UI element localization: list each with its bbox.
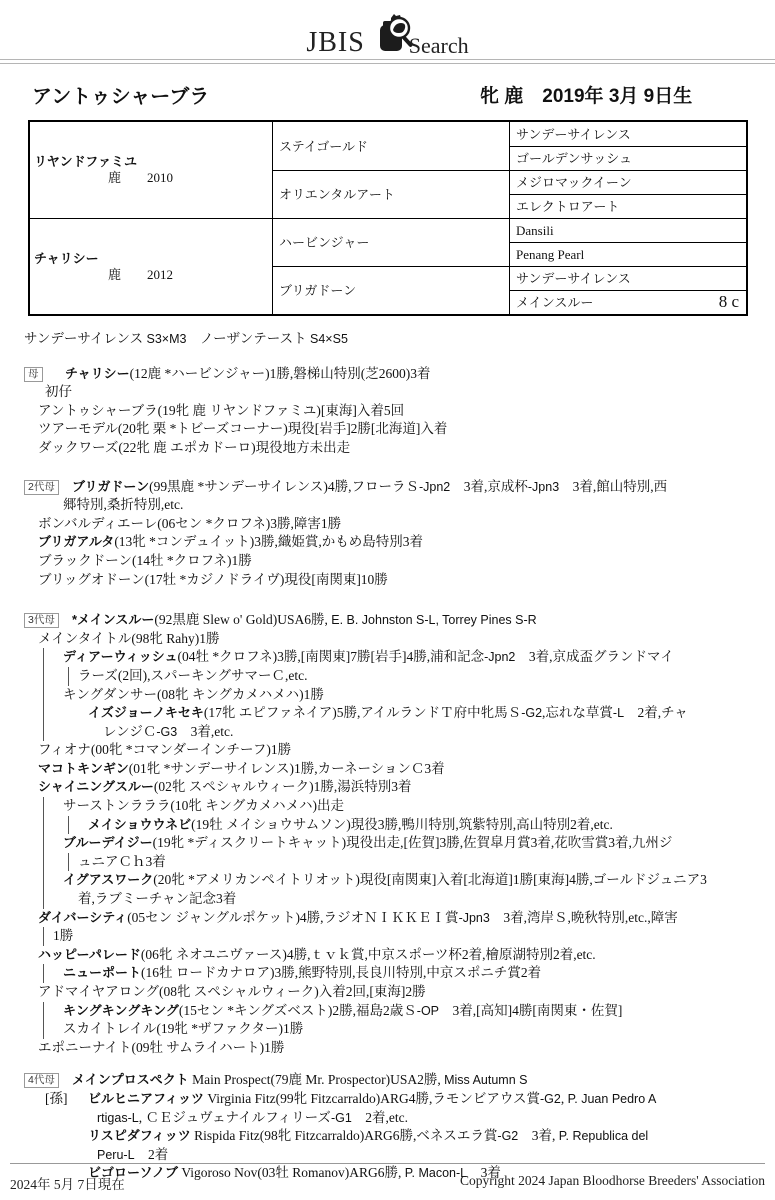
horse-name: ブリガアルタ: [38, 534, 114, 549]
record-text: Virginia Fitz(99牝 Fitzcarraldo)ARG4勝,ラモン…: [204, 1091, 540, 1106]
pedigree-cell-great-grandparent: ゴールデンサッシュ: [509, 146, 746, 170]
record-text: ツアーモデル(20牝 栗 *トビーズコーナー)現役[岩手]2勝[北海道]入着: [38, 421, 447, 436]
record-text: 3着,京成盃グランドマイ: [515, 649, 673, 664]
record-text: エポニーナイト(09牡 サムライハート)1勝: [38, 1040, 284, 1055]
record-text: アントゥシャーブラ(19牝 鹿 リヤンドファミユ)[東海]入着5回: [38, 403, 404, 418]
race-grade-text: -Jpn3: [528, 480, 559, 494]
horse-name: キングキングキング: [63, 1003, 179, 1018]
pedigree-line: ュニアＣｈ3着: [24, 853, 751, 872]
horse-name: ディアーウィッシュ: [63, 649, 178, 664]
horse-name: チャリシー: [65, 366, 130, 381]
tree-connector-line: [43, 667, 44, 686]
race-grade-text: Peru-L: [97, 1148, 135, 1162]
pedigree-line: ブリッグオドーン(17牡 *カジノドライヴ)現役[南関東]10勝: [24, 571, 751, 590]
pedigree-line: 初仔: [24, 383, 751, 402]
tree-connector-line: [43, 890, 44, 909]
record-text: 郷特別,桑折特別,etc.: [63, 497, 183, 512]
great-grandparent-name: Dansili: [510, 223, 746, 238]
grandchild-label: [孫]: [45, 1090, 68, 1109]
record-text: (19牡 メイショウサムソン)現役3勝,鴨川特別,筑紫特別,高山特別2着,etc…: [191, 817, 613, 832]
generation-badge: 母: [24, 367, 43, 382]
record-text: ラーズ(2回),スパーキングサマーＣ,etc.: [78, 668, 308, 683]
page-title-horse-name: アントゥシャーブラ: [32, 80, 209, 109]
sire-name: リヤンドファミユ: [30, 154, 272, 170]
pedigree-line: 3代母*メインスルー(92黒鹿 Slew o' Gold)USA6勝, E. B…: [24, 611, 751, 630]
record-text: (92黒鹿 Slew o' Gold)USA6勝,: [154, 612, 331, 627]
pedigree-section-0: 母チャリシー(12鹿 *ハービンジャー)1勝,磐梯山特別(芝2600)3着初仔ア…: [24, 365, 751, 458]
pedigree-cell-grandparent: ハービンジャー: [272, 218, 509, 266]
record-text: 3着,館山特別,西: [559, 479, 667, 494]
pedigree-cell-great-grandparent: エレクトロアート: [509, 194, 746, 218]
race-grade-text: -G2: [521, 706, 542, 720]
race-grade-text: S3×M3: [147, 332, 187, 346]
pedigree-line: スカイトレイル(19牝 *ザファクター)1勝: [24, 1020, 751, 1039]
pedigree-line: シャイニングスルー(02牝 スペシャルウィーク)1勝,湯浜特別3着: [24, 778, 751, 797]
pedigree-line: メイショウウネビ(19牡 メイショウサムソン)現役3勝,鴨川特別,筑紫特別,高山…: [24, 816, 751, 835]
pedigree-report-body: サンデーサイレンス S3×M3 ノーザンテースト S4×S5母チャリシー(12鹿…: [0, 330, 775, 1183]
record-text: (15セン *キングズベスト)2勝,福島2歳Ｓ: [179, 1003, 417, 1018]
record-text: 3着,京成杯: [450, 479, 528, 494]
record-text: (19牝 *ディスクリートキャット)現役出走,[佐賀]3勝,佐賀皐月賞3着,花吹…: [153, 835, 673, 850]
race-grade-text: S4×S5: [310, 332, 348, 346]
logo-text-search: Search: [409, 35, 469, 57]
record-text: ,: [561, 1091, 568, 1106]
horse-name: ビルヒニアフィッツ: [88, 1091, 204, 1106]
pedigree-line: ブリガアルタ(13牝 *コンデュイット)3勝,織姫賞,かもめ島特別3着: [24, 533, 751, 552]
record-text: , ＣＥジュヴェナイルフィリーズ: [139, 1110, 331, 1125]
record-text: 3着,: [518, 1128, 559, 1143]
pedigree-line: ラーズ(2回),スパーキングサマーＣ,etc.: [24, 667, 751, 686]
record-text: 1勝: [53, 928, 73, 943]
dam-name: チャリシー: [30, 251, 272, 267]
pedigree-line: ディアーウィッシュ(04牡 *クロフネ)3勝,[南関東]7勝[岩手]4勝,浦和記…: [24, 648, 751, 667]
race-grade-text: P. Juan Pedro A: [568, 1092, 657, 1106]
pedigree-line: イズジョーノキセキ(17牝 エピファネイア)5勝,アイルランドＴ府中牝馬Ｓ-G2…: [24, 704, 751, 723]
record-text: (01牝 *サンデーサイレンス)1勝,カーネーションＣ3着: [129, 761, 445, 776]
pedigree-line: 2代母ブリガドーン(99黒鹿 *サンデーサイレンス)4勝,フローラＳ-Jpn2 …: [24, 478, 751, 497]
great-grandparent-name: サンデーサイレンス: [510, 127, 746, 142]
horse-name: ニューポート: [63, 965, 141, 980]
pedigree-line: キングキングキング(15セン *キングズベスト)2勝,福島2歳Ｓ-OP 3着,[…: [24, 1002, 751, 1021]
grandparent-name: オリエンタルアート: [273, 187, 509, 202]
tree-connector-line: [68, 853, 69, 872]
record-text: 着,ラブミーチャン記念3着: [78, 891, 236, 906]
jbis-search-logo: JBIS Search: [0, 0, 775, 59]
dam-coat-year: 鹿 2012: [30, 267, 272, 283]
great-grandparent-name: エレクトロアート: [510, 199, 746, 214]
tree-connector-line: [43, 1020, 44, 1039]
family-number: 8 c: [719, 292, 739, 312]
race-grade-text: -Jpn2: [484, 650, 515, 664]
race-grade-text: E. B. Johnston S-L, Torrey Pines S-R: [331, 613, 536, 627]
sire-coat-year: 鹿 2010: [30, 170, 272, 186]
race-grade-text: -OP: [417, 1004, 439, 1018]
race-grade-text: rtigas-L: [97, 1111, 139, 1125]
tree-connector-line: [43, 686, 44, 705]
pedigree-line: Peru-L 2着: [24, 1146, 751, 1165]
grandparent-name: ブリガドーン: [273, 283, 509, 298]
record-text: 2着,チャ: [624, 705, 688, 720]
pedigree-line: メインタイトル(98牝 Rahy)1勝: [24, 630, 751, 649]
race-grade-text: -Jpn3: [459, 911, 490, 925]
record-text: (06牝 ネオユニヴァース)4勝,ｔｖｋ賞,中京スポーツ杯2着,檜原湖特別2着,…: [141, 947, 596, 962]
record-text: Rispida Fitz(98牝 Fitzcarraldo)ARG6勝,ベネスエ…: [191, 1128, 498, 1143]
record-text: 3着,[高知]4勝[南関東・佐賀]: [439, 1003, 622, 1018]
pedigree-cell-great-grandparent: サンデーサイレンス: [509, 122, 746, 146]
tree-connector-line: [43, 834, 44, 853]
race-grade-text: -G3: [156, 725, 177, 739]
grandparent-name: ステイゴールド: [273, 139, 509, 154]
pedigree-line: イグアスワーク(20牝 *アメリカンペイトリオット)現役[南関東]入着[北海道]…: [24, 871, 751, 890]
horse-name: ハッピーパレード: [38, 947, 141, 962]
record-text: (13牝 *コンデュイット)3勝,織姫賞,かもめ島特別3着: [114, 534, 423, 549]
horse-name: メイショウウネビ: [88, 817, 191, 832]
pedigree-section-1: 2代母ブリガドーン(99黒鹿 *サンデーサイレンス)4勝,フローラＳ-Jpn2 …: [24, 478, 751, 590]
race-grade-text: -Jpn2: [419, 480, 450, 494]
copyright-text: Copyright 2024 Japan Bloodhorse Breeders…: [460, 1173, 765, 1193]
pedigree-cell-great-grandparent: メインスルー8 c: [509, 290, 746, 314]
record-text: (20牝 *アメリカンペイトリオット)現役[南関東]入着[北海道]1勝[東海]4…: [153, 872, 707, 887]
pedigree-line: rtigas-L, ＣＥジュヴェナイルフィリーズ-G1 2着,etc.: [24, 1109, 751, 1128]
pedigree-cell-grandparent: ステイゴールド: [272, 122, 509, 170]
tree-connector-line: [43, 853, 44, 872]
sex-coat-birthdate: 牝 鹿 2019年 3月 9日生: [480, 81, 692, 108]
record-text: ブラックドーン(14牡 *クロフネ)1勝: [38, 553, 252, 568]
record-text: (02牝 スペシャルウィーク)1勝,湯浜特別3着: [154, 779, 412, 794]
tree-connector-line: [43, 797, 44, 816]
pedigree-line: リスピダフィッツ Rispida Fitz(98牝 Fitzcarraldo)A…: [24, 1127, 751, 1146]
pedigree-line: ツアーモデル(20牝 栗 *トビーズコーナー)現役[岩手]2勝[北海道]入着: [24, 420, 751, 439]
horse-name: *メインスルー: [72, 612, 154, 627]
pedigree-line: 1勝: [24, 927, 751, 946]
record-text: アドマイヤアロング(08牝 スペシャルウィーク)入着2回,[東海]2勝: [38, 984, 426, 999]
record-text: ノーザンテースト: [186, 331, 310, 346]
generation-badge: 2代母: [24, 480, 59, 495]
record-text: ボンバルディエーレ(06セン *クロフネ)3勝,障害1勝: [38, 516, 341, 531]
record-text: 3着,湾岸Ｓ,晩秋特別,etc.,障害: [490, 910, 678, 925]
pedigree-line: レンジＣ-G3 3着,etc.: [24, 723, 751, 742]
tree-connector-line: [43, 723, 44, 742]
tree-connector-line: [43, 1002, 44, 1021]
tree-connector-line: [43, 927, 44, 946]
horse-name: マコトキンギン: [38, 761, 129, 776]
pedigree-line: マコトキンギン(01牝 *サンデーサイレンス)1勝,カーネーションＣ3着: [24, 760, 751, 779]
horse-name: リスピダフィッツ: [88, 1128, 191, 1143]
record-text: 初仔: [45, 384, 72, 399]
pedigree-line: アントゥシャーブラ(19牝 鹿 リヤンドファミユ)[東海]入着5回: [24, 402, 751, 421]
great-grandparent-name: Penang Pearl: [510, 247, 746, 262]
record-text: ブリッグオドーン(17牡 *カジノドライヴ)現役[南関東]10勝: [38, 572, 388, 587]
as-of-date: 2024年 5月 7日現在: [10, 1173, 125, 1193]
record-text: ,忘れな草賞: [542, 705, 613, 720]
pedigree-line: 母チャリシー(12鹿 *ハービンジャー)1勝,磐梯山特別(芝2600)3着: [24, 365, 751, 384]
pedigree-line: アドマイヤアロング(08牝 スペシャルウィーク)入着2回,[東海]2勝: [24, 983, 751, 1002]
pedigree-line: 郷特別,桑折特別,etc.: [24, 496, 751, 515]
record-text: Main Prospect(79鹿 Mr. Prospector)USA2勝,: [189, 1072, 444, 1087]
race-grade-text: P. Republica del: [559, 1129, 648, 1143]
horse-name: ブルーデイジー: [63, 835, 153, 850]
record-text: (05セン ジャングルポケット)4勝,ラジオＮＩＫＫＥＩ賞: [127, 910, 458, 925]
horse-name: イズジョーノキセキ: [88, 705, 204, 720]
record-text: (17牝 エピファネイア)5勝,アイルランドＴ府中牝馬Ｓ: [204, 705, 521, 720]
pedigree-line: ハッピーパレード(06牝 ネオユニヴァース)4勝,ｔｖｋ賞,中京スポーツ杯2着,…: [24, 946, 751, 965]
record-text: サンデーサイレンス: [24, 331, 147, 346]
pedigree-line: サーストンラララ(10牝 キングカメハメハ)出走: [24, 797, 751, 816]
horse-name: シャイニングスルー: [38, 779, 154, 794]
pedigree-line: ブルーデイジー(19牝 *ディスクリートキャット)現役出走,[佐賀]3勝,佐賀皐…: [24, 834, 751, 853]
horse-name: イグアスワーク: [63, 872, 153, 887]
race-grade-text: -G2: [497, 1129, 518, 1143]
pedigree-line: キングダンサー(08牝 キングカメハメハ)1勝: [24, 686, 751, 705]
logo-text-jbis: JBIS: [306, 29, 364, 57]
race-grade-text: -L: [613, 706, 624, 720]
generation-badge: 3代母: [24, 613, 59, 628]
record-text: 3着,etc.: [177, 724, 233, 739]
pedigree-line: ダイバーシティ(05セン ジャングルポケット)4勝,ラジオＮＩＫＫＥＩ賞-Jpn…: [24, 909, 751, 928]
record-text: (12鹿 *ハービンジャー)1勝,磐梯山特別(芝2600)3着: [130, 366, 431, 381]
pedigree-table: リヤンドファミユ鹿 2010ステイゴールドサンデーサイレンスゴールデンサッシュオ…: [28, 120, 748, 316]
horse-name: ブリガドーン: [72, 479, 149, 494]
pedigree-cell-great-grandparent: サンデーサイレンス: [509, 266, 746, 290]
generation-badge: 4代母: [24, 1073, 59, 1088]
header-divider: [0, 59, 775, 64]
grandparent-name: ハービンジャー: [273, 235, 509, 250]
great-grandparent-name: サンデーサイレンス: [510, 271, 746, 286]
record-text: ュニアＣｈ3着: [78, 854, 166, 869]
pedigree-line: [孫]ビルヒニアフィッツ Virginia Fitz(99牝 Fitzcarra…: [24, 1090, 751, 1109]
tree-connector-line: [43, 704, 44, 723]
tree-connector-line: [68, 667, 69, 686]
pedigree-cell-great-grandparent: メジロマックイーン: [509, 170, 746, 194]
great-grandparent-name: メジロマックイーン: [510, 175, 746, 190]
record-text: サーストンラララ(10牝 キングカメハメハ)出走: [63, 798, 344, 813]
tree-connector-line: [68, 816, 69, 835]
race-grade-text: Miss Autumn S: [444, 1073, 527, 1087]
title-row: アントゥシャーブラ 牝 鹿 2019年 3月 9日生: [24, 80, 751, 110]
race-grade-text: -G1: [331, 1111, 352, 1125]
horse-name: メインプロスペクト: [72, 1072, 189, 1087]
record-text: 2着,etc.: [352, 1110, 408, 1125]
race-grade-text: -G2: [540, 1092, 561, 1106]
inbreeding-line: サンデーサイレンス S3×M3 ノーザンテースト S4×S5: [24, 330, 751, 349]
record-text: ダックワーズ(22牝 鹿 エポカドーロ)現役地方未出走: [38, 440, 350, 455]
pedigree-cell-grandparent: オリエンタルアート: [272, 170, 509, 218]
page-footer: 2024年 5月 7日現在 Copyright 2024 Japan Blood…: [10, 1163, 765, 1193]
horse-name: ダイバーシティ: [38, 910, 127, 925]
pedigree-line: フィオナ(00牝 *コマンダーインチーフ)1勝: [24, 741, 751, 760]
record-text: フィオナ(00牝 *コマンダーインチーフ)1勝: [38, 742, 291, 757]
record-text: (16牡 ロードカナロア)3勝,熊野特別,長良川特別,中京スポニチ賞2着: [141, 965, 541, 980]
record-text: キングダンサー(08牝 キングカメハメハ)1勝: [63, 687, 324, 702]
pedigree-cell-great-grandparent: Dansili: [509, 218, 746, 242]
pedigree-line: 着,ラブミーチャン記念3着: [24, 890, 751, 909]
pedigree-line: ブラックドーン(14牡 *クロフネ)1勝: [24, 552, 751, 571]
record-text: (99黒鹿 *サンデーサイレンス)4勝,フローラＳ: [149, 479, 419, 494]
tree-connector-line: [43, 648, 44, 667]
tree-connector-line: [43, 871, 44, 890]
pedigree-line: エポニーナイト(09牡 サムライハート)1勝: [24, 1039, 751, 1058]
record-text: (04牡 *クロフネ)3勝,[南関東]7勝[岩手]4勝,浦和記念: [178, 649, 485, 664]
pedigree-line: 4代母メインプロスペクト Main Prospect(79鹿 Mr. Prosp…: [24, 1071, 751, 1090]
tree-connector-line: [43, 964, 44, 983]
record-text: 2着: [135, 1147, 169, 1162]
pedigree-line: ボンバルディエーレ(06セン *クロフネ)3勝,障害1勝: [24, 515, 751, 534]
pedigree-line: ダックワーズ(22牝 鹿 エポカドーロ)現役地方未出走: [24, 439, 751, 458]
pedigree-cell-dam: チャリシー鹿 2012: [30, 218, 272, 314]
pedigree-line: ニューポート(16牡 ロードカナロア)3勝,熊野特別,長良川特別,中京スポニチ賞…: [24, 964, 751, 983]
pedigree-section-2: 3代母*メインスルー(92黒鹿 Slew o' Gold)USA6勝, E. B…: [24, 611, 751, 1057]
record-text: レンジＣ: [103, 724, 156, 739]
pedigree-cell-sire: リヤンドファミユ鹿 2010: [30, 122, 272, 218]
record-text: スカイトレイル(19牝 *ザファクター)1勝: [63, 1021, 303, 1036]
pedigree-cell-great-grandparent: Penang Pearl: [509, 242, 746, 266]
pedigree-cell-grandparent: ブリガドーン: [272, 266, 509, 314]
great-grandparent-name: ゴールデンサッシュ: [510, 151, 746, 166]
tree-connector-line: [43, 816, 44, 835]
record-text: メインタイトル(98牝 Rahy)1勝: [38, 631, 220, 646]
great-grandparent-name: メインスルー: [510, 295, 746, 310]
